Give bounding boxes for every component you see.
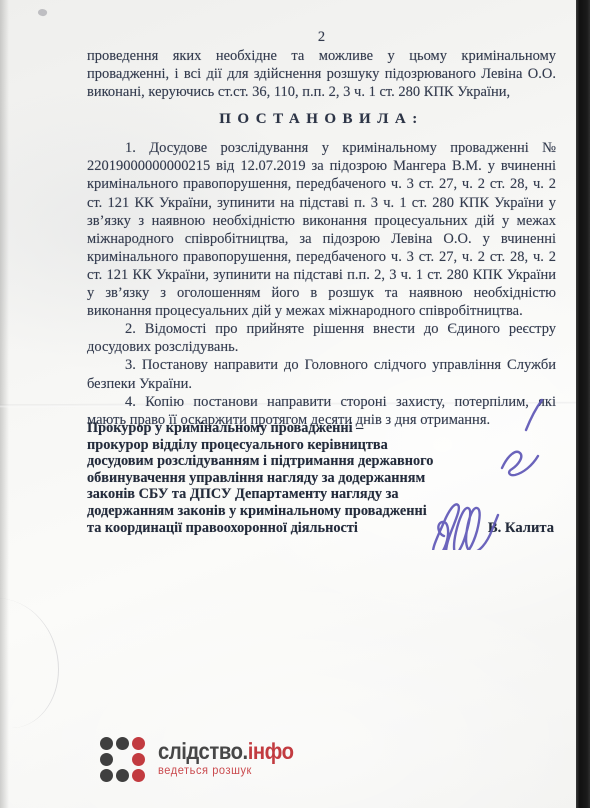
resolution-heading: ПОСТАНОВИЛА: <box>87 111 556 128</box>
logo-brand-dark-part: слідство. <box>158 738 248 764</box>
slidstvo-info-logo: слідство.інфо ведеться розшук <box>100 734 312 782</box>
resolution-item-1: 1. Досудове розслідування у кримінальном… <box>87 139 556 320</box>
logo-tagline: ведеться розшук <box>158 764 300 777</box>
handwritten-signature-icon <box>430 388 558 550</box>
logo-text: слідство.інфо ведеться розшук <box>158 734 312 777</box>
paper-crease <box>0 598 59 728</box>
logo-brand-accent-part: інфо <box>248 738 294 764</box>
intro-paragraph: проведення яких необхідне та можливе у ц… <box>87 47 556 101</box>
document-body: 2 проведення яких необхідне та можливе у… <box>87 28 556 429</box>
scan-edge-bar <box>576 0 590 808</box>
logo-dots-icon <box>100 737 145 782</box>
logo-brand-name: слідство.інфо <box>158 740 294 763</box>
ink-smudge <box>37 8 48 17</box>
page-number: 2 <box>87 28 556 46</box>
scanned-document-page: 2 проведення яких необхідне та можливе у… <box>0 0 590 808</box>
resolution-item-2: 2. Відомості про прийняте рішення внести… <box>87 320 556 356</box>
